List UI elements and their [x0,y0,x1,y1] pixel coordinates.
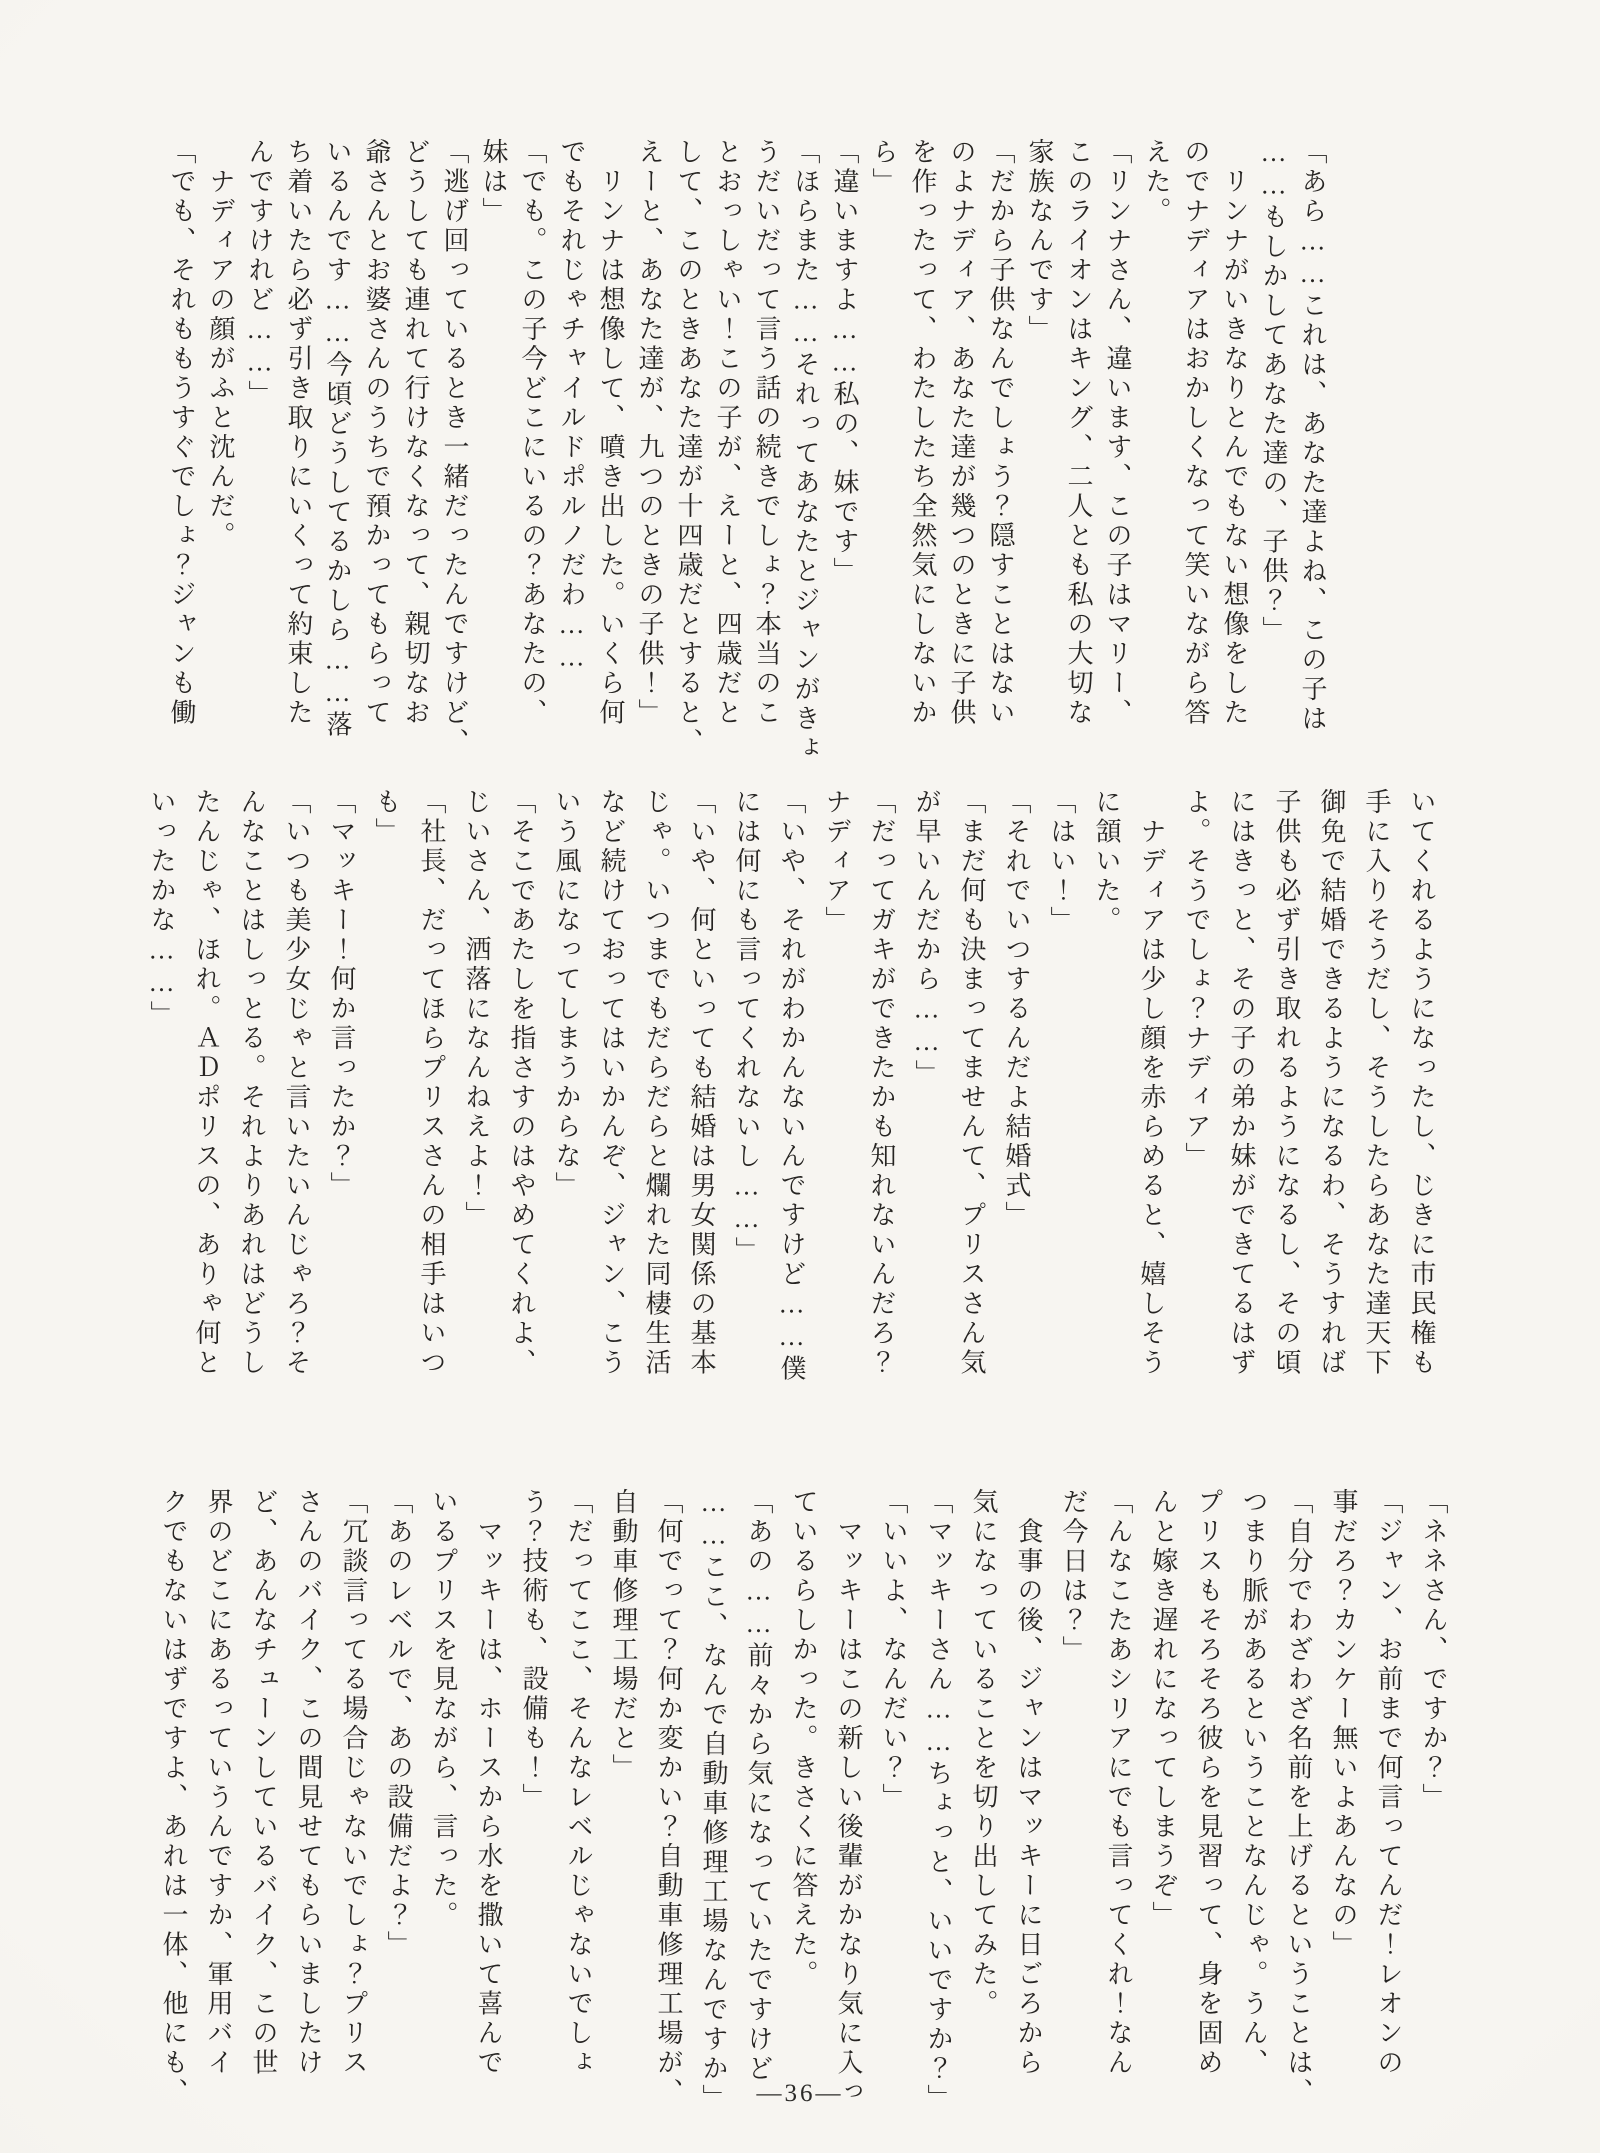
text-column: んですけれど……」 [240,138,279,790]
text-column: ているらしかった。きさくに答えた。 [781,1488,826,2152]
text-column: 「あのレベルで、あの設備だよ？」 [376,1488,421,2152]
text-column: 界のどこにあるっていうんですか、軍用バイ [196,1488,241,2152]
text-column: んなことはしっとる。それよりあれはどうし [229,788,274,1460]
text-column: ナディアは少し顔を赤らめると、嬉しそう [1129,788,1174,1460]
text-column: 御免で結婚できるようになるわ、そうすれば [1309,788,1354,1460]
text-column: に頷いた。 [1084,788,1129,1460]
text-column: 家族なんです」 [1020,138,1059,790]
text-column: のよナディア、あなた達が幾つのときに子供 [942,138,981,790]
text-block-top: 「あら……これは、あなた達よね、この子は……もしかしてあなた達の、子供？」 リン… [162,138,1332,790]
text-column: ら」 [864,138,903,790]
text-column: が早いんだから……」 [904,788,949,1460]
text-column: プリスもそろそろ彼らを見習って、身を固め [1186,1488,1231,2152]
text-column: 「ほらまた……それってあなたとジャンがきょ [786,138,825,790]
text-column: リンナがいきなりとんでもない想像をした [1215,138,1254,790]
text-column: 爺さんとお婆さんのうちで預かってもらって [357,138,396,790]
text-column: さんのバイク、この間見せてもらいましたけ [286,1488,331,2152]
text-column: 食事の後、ジャンはマッキーに日ごろから [1006,1488,1051,2152]
text-column: ……ここ、なんで自動車修理工場なんですか」 [691,1488,736,2152]
text-column: たんじゃ、ほれ。ＡＤポリスの、ありゃ何と [184,788,229,1460]
text-block-middle: いてくれるようになったし、じきに市民権も手に入りそうだし、そうしたらあなた達天下… [139,788,1444,1460]
text-column: 手に入りそうだし、そうしたらあなた達天下 [1354,788,1399,1460]
text-column: 「マッキーさん……ちょっと、いいですか？」 [916,1488,961,2152]
scanned-novel-page: 「あら……これは、あなた達よね、この子は……もしかしてあなた達の、子供？」 リン… [0,0,1600,2153]
text-column: いてくれるようになったし、じきに市民権も [1399,788,1444,1460]
text-column: 「社長、だってほらプリスさんの相手はいつ [409,788,454,1460]
text-column: 事だろ？カンケー無いよあんなの」 [1321,1488,1366,2152]
text-column: 「だってガキができたかも知れないんだろ？ [859,788,904,1460]
text-column: いるんです……今頃どうしてるかしら……落 [318,138,357,790]
text-column: にはきっと、その子の弟か妹ができてるはず [1219,788,1264,1460]
text-column: 「それでいつするんだよ結婚式」 [994,788,1039,1460]
text-column: ナディア」 [814,788,859,1460]
text-column: 「いや、何といっても結婚は男女関係の基本 [679,788,724,1460]
text-column: 「リンナさん、違います、この子はマリー、 [1098,138,1137,790]
text-column: のでナディアはおかしくなって笑いながら答 [1176,138,1215,790]
text-column: 気になっていることを切り出してみた。 [961,1488,1006,2152]
text-column: うだいだって言う話の続きでしょ？本当のこ [747,138,786,790]
text-column: 「冗談言ってる場合じゃないでしょ？プリス [331,1488,376,2152]
text-column: 「だってここ、そんなレベルじゃないでしょ [556,1488,601,2152]
text-column: 「マッキー！何か言ったか？」 [319,788,364,1460]
text-column: ナディアの顔がふと沈んだ。 [201,138,240,790]
text-column: リンナは想像して、噴き出した。いくら何 [591,138,630,790]
text-column: よ。そうでしょ？ナディア」 [1174,788,1219,1460]
text-column: えた。 [1137,138,1176,790]
text-column: 「いや、それがわかんないんですけど……僕 [769,788,814,1460]
text-column: ち着いたら必ず引き取りにいくって約束した [279,138,318,790]
text-column: 「いつも美少女じゃと言いたいんじゃろ？そ [274,788,319,1460]
text-column: クでもないはずですよ、あれは一体、他にも、 [151,1488,196,2152]
text-column: じゃ。いつまでもだらだらと爛れた同棲生活 [634,788,679,1460]
text-column: 「いいよ、なんだい？」 [871,1488,916,2152]
text-column: して、このときあなた達が十四歳だとすると、 [669,138,708,790]
text-column: 「あの……前々から気になっていたですけど [736,1488,781,2152]
text-column: じいさん、洒落になんねえよ！」 [454,788,499,1460]
text-column: ……もしかしてあなた達の、子供？」 [1254,138,1293,790]
text-column: 「でも。この子今どこにいるの？あなたの、 [513,138,552,790]
text-column: マッキーはこの新しい後輩がかなり気に入っ [826,1488,871,2152]
text-column: だ今日は？」 [1051,1488,1096,2152]
text-column: 「んなこたあシリアにでも言ってくれ！なん [1096,1488,1141,2152]
text-column: 「自分でわざわざ名前を上げるということは、 [1276,1488,1321,2152]
text-column: んと嫁き遅れになってしまうぞ」 [1141,1488,1186,2152]
text-column: 「違いますよ……私の、妹です」 [825,138,864,790]
text-column: 「だから子供なんでしょう？隠すことはない [981,138,1020,790]
text-column: う？技術も、設備も！」 [511,1488,556,2152]
text-column: 妹は」 [474,138,513,790]
text-column: 「逃げ回っているとき一緒だったんですけど、 [435,138,474,790]
text-block-bottom: 「ネネさん、ですか？」「ジャン、お前まで何言ってんだ！レオンの事だろ？カンケー無… [151,1488,1456,2152]
text-column: 「そこであたしを指さすのはやめてくれよ、 [499,788,544,1460]
text-column: いう風になってしまうからな」 [544,788,589,1460]
text-column: とおっしゃい！この子が、えーと、四歳だと [708,138,747,790]
text-column: ど、あんなチューンしているバイク、この世 [241,1488,286,2152]
text-column: 「はい！」 [1039,788,1084,1460]
text-column: 自動車修理工場だと」 [601,1488,646,2152]
text-column: つまり脈があるということなんじゃ。うん、 [1231,1488,1276,2152]
text-column: 「ネネさん、ですか？」 [1411,1488,1456,2152]
text-column: には何にも言ってくれないし……」 [724,788,769,1460]
text-column: 「まだ何も決まってませんて、プリスさん気 [949,788,994,1460]
text-column: このライオンはキング、二人とも私の大切な [1059,138,1098,790]
page-number: ―36― [0,2080,1600,2108]
text-column: 「ジャン、お前まで何言ってんだ！レオンの [1366,1488,1411,2152]
text-column: 「あら……これは、あなた達よね、この子は [1293,138,1332,790]
text-column: を作ったって、わたしたち全然気にしないか [903,138,942,790]
text-column: でもそれじゃチャイルドポルノだわ…… [552,138,591,790]
text-column: 子供も必ず引き取れるようになるし、その頃 [1264,788,1309,1460]
text-column: いったかな……」 [139,788,184,1460]
text-column: も」 [364,788,409,1460]
text-column: いるプリスを見ながら、言った。 [421,1488,466,2152]
text-column: など続けておってはいかんぞ、ジャン、こう [589,788,634,1460]
text-column: どうしても連れて行けなくなって、親切なお [396,138,435,790]
text-column: えーと、あなた達が、九つのときの子供！」 [630,138,669,790]
text-column: 「何でって？何か変かい？自動車修理工場が、 [646,1488,691,2152]
text-column: 「でも、それももうすぐでしょ？ジャンも働 [162,138,201,790]
text-column: マッキーは、ホースから水を撒いて喜んで [466,1488,511,2152]
